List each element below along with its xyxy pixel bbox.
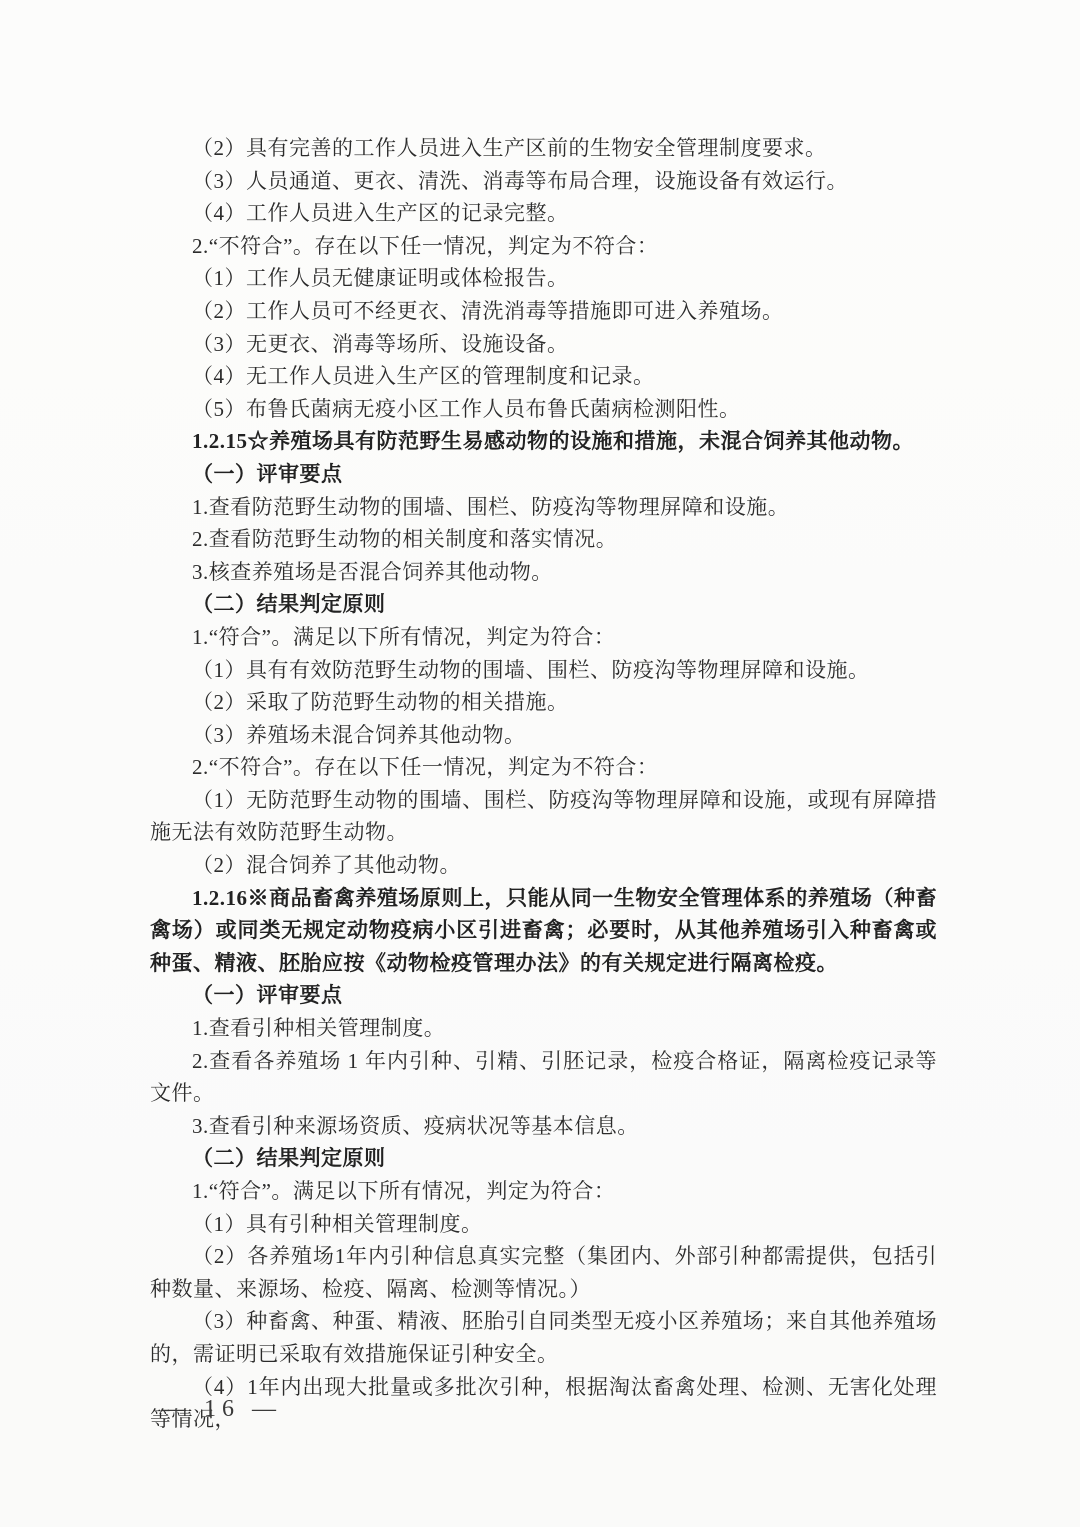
paragraph: 1.查看引种相关管理制度。 — [150, 1012, 937, 1045]
paragraph: （1）具有有效防范野生动物的围墙、围栏、防疫沟等物理屏障和设施。 — [150, 654, 937, 687]
paragraph: （二）结果判定原则 — [150, 1142, 937, 1175]
paragraph: （5）布鲁氏菌病无疫小区工作人员布鲁氏菌病检测阳性。 — [150, 393, 937, 426]
paragraph: （2）混合饲养了其他动物。 — [150, 849, 937, 882]
paragraph: （3）无更衣、消毒等场所、设施设备。 — [150, 328, 937, 361]
paragraph: （二）结果判定原则 — [150, 588, 937, 621]
paragraph: （1）具有引种相关管理制度。 — [150, 1208, 937, 1241]
paragraph: （一）评审要点 — [150, 979, 937, 1012]
paragraph: 1.“符合”。满足以下所有情况，判定为符合： — [150, 621, 937, 654]
paragraph: 2.查看防范野生动物的相关制度和落实情况。 — [150, 523, 937, 556]
paragraph: 1.2.16※商品畜禽养殖场原则上，只能从同一生物安全管理体系的养殖场（种畜禽场… — [150, 882, 937, 980]
paragraph: （4）无工作人员进入生产区的管理制度和记录。 — [150, 360, 937, 393]
paragraph: 1.“符合”。满足以下所有情况，判定为符合： — [150, 1175, 937, 1208]
paragraph: （1）无防范野生动物的围墙、围栏、防疫沟等物理屏障和设施，或现有屏障措施无法有效… — [150, 784, 937, 849]
scanned-document-page: （2）具有完善的工作人员进入生产区前的生物安全管理制度要求。（3）人员通道、更衣… — [0, 0, 1080, 1527]
paragraph: （1）工作人员无健康证明或体检报告。 — [150, 262, 937, 295]
paragraph: （3）种畜禽、种蛋、精液、胚胎引自同类型无疫小区养殖场；来自其他养殖场的，需证明… — [150, 1305, 937, 1370]
paragraph: 3.查看引种来源场资质、疫病状况等基本信息。 — [150, 1110, 937, 1143]
paragraph: （4）工作人员进入生产区的记录完整。 — [150, 197, 937, 230]
paragraph: 2.“不符合”。存在以下任一情况，判定为不符合： — [150, 230, 937, 263]
paragraph: 1.2.15☆养殖场具有防范野生易感动物的设施和措施，未混合饲养其他动物。 — [150, 425, 937, 458]
paragraph: （3）养殖场未混合饲养其他动物。 — [150, 719, 937, 752]
paragraph: （2）具有完善的工作人员进入生产区前的生物安全管理制度要求。 — [150, 132, 937, 165]
page-number: — 16 — — [162, 1396, 282, 1423]
paragraph: （一）评审要点 — [150, 458, 937, 491]
paragraph: 1.查看防范野生动物的围墙、围栏、防疫沟等物理屏障和设施。 — [150, 491, 937, 524]
paragraph: 2.“不符合”。存在以下任一情况，判定为不符合： — [150, 751, 937, 784]
paragraph: （3）人员通道、更衣、清洗、消毒等布局合理，设施设备有效运行。 — [150, 165, 937, 198]
document-body: （2）具有完善的工作人员进入生产区前的生物安全管理制度要求。（3）人员通道、更衣… — [150, 132, 937, 1436]
paragraph: 2.查看各养殖场 1 年内引种、引精、引胚记录，检疫合格证，隔离检疫记录等文件。 — [150, 1045, 937, 1110]
paragraph: （2）各养殖场1年内引种信息真实完整（集团内、外部引种都需提供，包括引种数量、来… — [150, 1240, 937, 1305]
paragraph: （2）工作人员可不经更衣、清洗消毒等措施即可进入养殖场。 — [150, 295, 937, 328]
paragraph: （2）采取了防范野生动物的相关措施。 — [150, 686, 937, 719]
paragraph: 3.核查养殖场是否混合饲养其他动物。 — [150, 556, 937, 589]
